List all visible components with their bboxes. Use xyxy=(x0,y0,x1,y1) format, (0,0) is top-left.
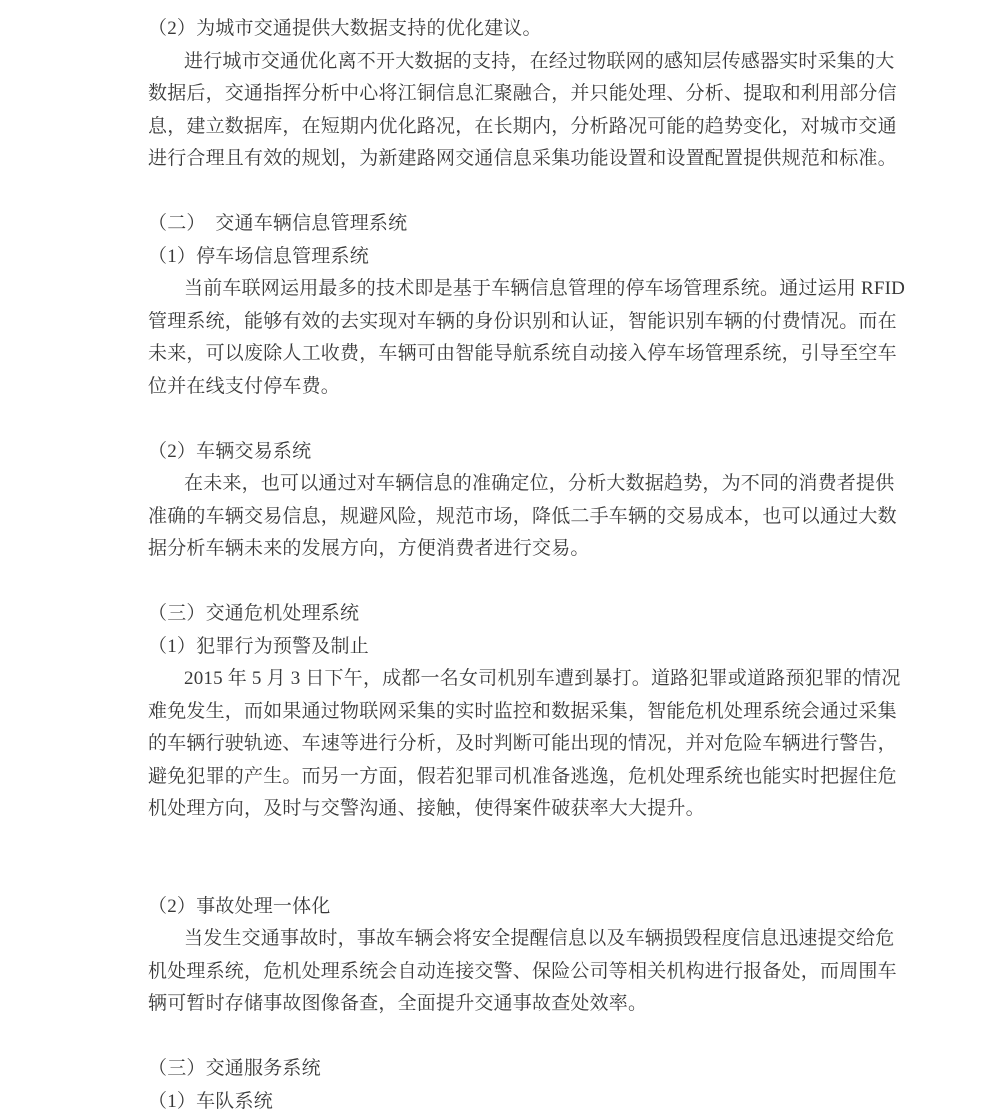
paragraph-line: 未来，可以废除人工收费，车辆可由智能导航系统自动接入停车场管理系统，引导至空车 xyxy=(148,338,908,371)
blank-line xyxy=(148,176,908,209)
paragraph-line: 息，建立数据库，在短期内优化路况，在长期内，分析路况可能的趋势变化，对城市交通 xyxy=(148,111,908,144)
blank-line xyxy=(148,826,908,859)
blank-line xyxy=(148,858,908,891)
paragraph-line: 避免犯罪的产生。而另一方面，假若犯罪司机准备逃逸，危机处理系统也能实时把握住危 xyxy=(148,761,908,794)
document-page: （2）为城市交通提供大数据支持的优化建议。 进行城市交通优化离不开大数据的支持，… xyxy=(0,0,992,1116)
paragraph-line: 在未来，也可以通过对车辆信息的准确定位，分析大数据趋势，为不同的消费者提供 xyxy=(148,468,908,501)
paragraph-line: 当发生交通事故时，事故车辆会将安全提醒信息以及车辆损毁程度信息迅速提交给危 xyxy=(148,923,908,956)
paragraph-line: 进行城市交通优化离不开大数据的支持，在经过物联网的感知层传感器实时采集的大 xyxy=(148,46,908,79)
paragraph-line: 的车辆行驶轨迹、车速等进行分析，及时判断可能出现的情况，并对危险车辆进行警告， xyxy=(148,728,908,761)
paragraph-line: 数据后，交通指挥分析中心将江铜信息汇聚融合，并只能处理、分析、提取和利用部分信 xyxy=(148,78,908,111)
section-heading-traffic-service: （三）交通服务系统 xyxy=(148,1053,908,1086)
section-heading-vehicle-info-management: （二） 交通车辆信息管理系统 xyxy=(148,208,908,241)
subheading-big-data-suggestion: （2）为城市交通提供大数据支持的优化建议。 xyxy=(148,13,908,46)
subheading-vehicle-trading-system: （2）车辆交易系统 xyxy=(148,436,908,469)
paragraph-line: 机处理方向，及时与交警沟通、接触，使得案件破获率大大提升。 xyxy=(148,793,908,826)
paragraph-line: 进行合理且有效的规划，为新建路网交通信息采集功能设置和设置配置提供规范和标准。 xyxy=(148,143,908,176)
paragraph-line: 管理系统，能够有效的去实现对车辆的身份识别和认证，智能识别车辆的付费情况。而在 xyxy=(148,306,908,339)
subheading-accident-integration: （2）事故处理一体化 xyxy=(148,891,908,924)
subheading-parking-system: （1）停车场信息管理系统 xyxy=(148,241,908,274)
paragraph-line: 准确的车辆交易信息，规避风险，规范市场，降低二手车辆的交易成本，也可以通过大数 xyxy=(148,501,908,534)
document-body: （2）为城市交通提供大数据支持的优化建议。 进行城市交通优化离不开大数据的支持，… xyxy=(148,13,908,1116)
paragraph-line: 当前车联网运用最多的技术即是基于车辆信息管理的停车场管理系统。通过运用 RFID xyxy=(148,273,908,306)
paragraph-line: 据分析车辆未来的发展方向，方便消费者进行交易。 xyxy=(148,533,908,566)
section-heading-crisis-handling: （三）交通危机处理系统 xyxy=(148,598,908,631)
paragraph-line: 辆可暂时存储事故图像备查，全面提升交通事故查处效率。 xyxy=(148,988,908,1021)
paragraph-line: 2015 年 5 月 3 日下午，成都一名女司机别车遭到暴打。道路犯罪或道路预犯… xyxy=(148,663,908,696)
paragraph-line: 位并在线支付停车费。 xyxy=(148,371,908,404)
subheading-fleet-system: （1）车队系统 xyxy=(148,1086,908,1116)
paragraph-line: 机处理系统，危机处理系统会自动连接交警、保险公司等相关机构进行报备处，而周围车 xyxy=(148,956,908,989)
blank-line xyxy=(148,403,908,436)
paragraph-line: 难免发生，而如果通过物联网采集的实时监控和数据采集，智能危机处理系统会通过采集 xyxy=(148,696,908,729)
blank-line xyxy=(148,1021,908,1054)
subheading-crime-warning: （1）犯罪行为预警及制止 xyxy=(148,631,908,664)
blank-line xyxy=(148,566,908,599)
